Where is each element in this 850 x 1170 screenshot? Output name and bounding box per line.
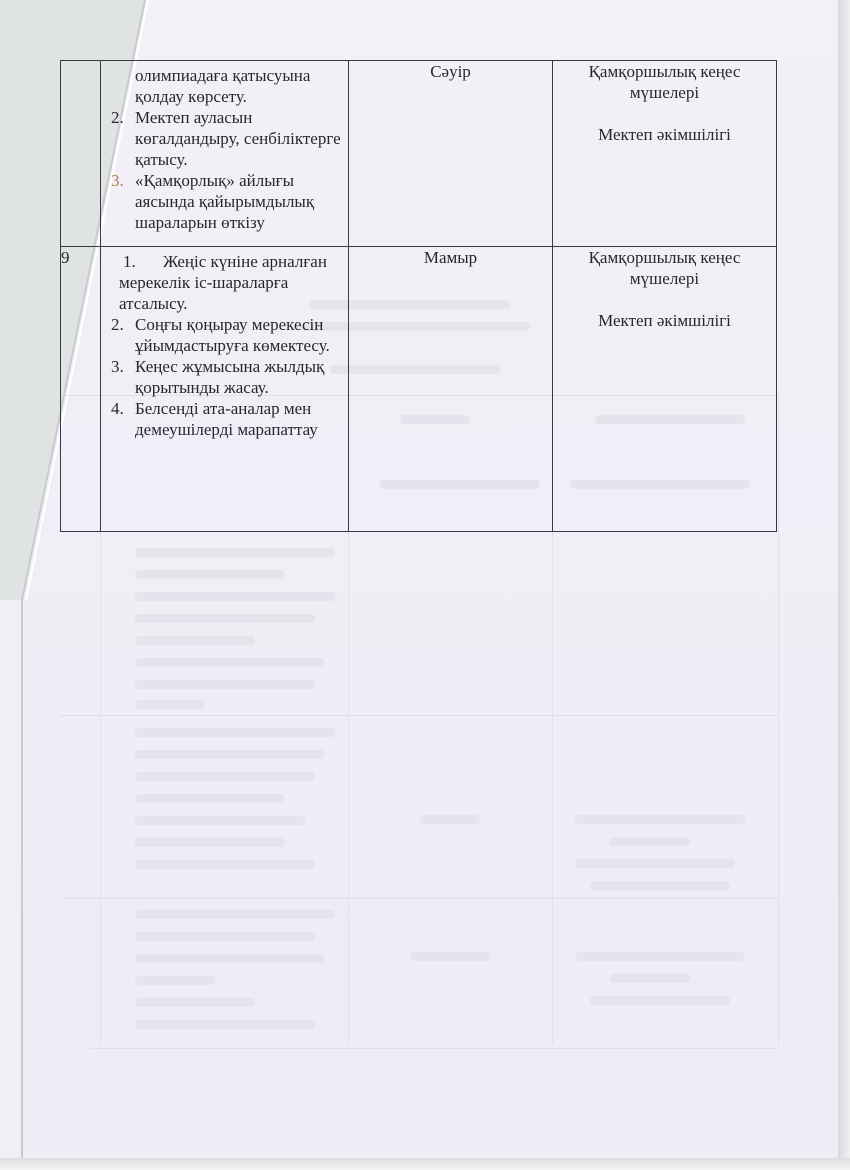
activity-continuation: олимпиадаға қатысуына қолдау көрсету. [101, 61, 348, 107]
list-item: 4. Белсенді ата-аналар мен демеушілерді … [111, 398, 344, 440]
list-item: 2. Соңғы қоңырау мерекесін ұйымдастыруға… [111, 314, 344, 356]
item-number: 3. [111, 170, 135, 233]
row-number [61, 61, 101, 247]
timing-cell: Мамыр [349, 247, 553, 532]
list-item: 3. «Қамқорлық» айлығы аясында қайырымдыл… [111, 170, 344, 233]
list-item: 1.Жеңіс күніне арналған мерекелік іс-шар… [111, 251, 344, 314]
responsible-line: Қамқоршылық кеңес мүшелері [553, 61, 776, 103]
item-text: Белсенді ата-аналар мен демеушілерді мар… [135, 398, 344, 440]
activities-cell: олимпиадаға қатысуына қолдау көрсету. 2.… [101, 61, 349, 247]
responsible-cell: Қамқоршылық кеңес мүшелері Мектеп әкімші… [553, 247, 777, 532]
item-text: 1.Жеңіс күніне арналған мерекелік іс-шар… [119, 251, 344, 314]
item-number: 3. [111, 356, 135, 398]
activity-list: 2. Мектеп ауласын көгалдандыру, сенбілік… [101, 107, 348, 233]
item-text: Кеңес жұмысына жылдық қорытынды жасау. [135, 356, 344, 398]
table-row: 9 1.Жеңіс күніне арналған мерекелік іс-ш… [61, 247, 777, 532]
item-number: 1. [119, 251, 163, 272]
item-text: «Қамқорлық» айлығы аясында қайырымдылық … [135, 170, 344, 233]
row-number: 9 [61, 247, 101, 532]
responsible-cell: Қамқоршылық кеңес мүшелері Мектеп әкімші… [553, 61, 777, 247]
item-text: Соңғы қоңырау мерекесін ұйымдастыруға кө… [135, 314, 344, 356]
page-bottom-edge [0, 1158, 850, 1170]
list-item: 2. Мектеп ауласын көгалдандыру, сенбілік… [111, 107, 344, 170]
timing-cell: Сәуір [349, 61, 553, 247]
item-text: Мектеп ауласын көгалдандыру, сенбіліктер… [135, 107, 344, 170]
responsible-line: Мектеп әкімшілігі [553, 124, 776, 145]
page-right-edge [838, 0, 850, 1170]
list-item: 3. Кеңес жұмысына жылдық қорытынды жасау… [111, 356, 344, 398]
activity-plan-table: олимпиадаға қатысуына қолдау көрсету. 2.… [60, 60, 777, 532]
activities-cell: 1.Жеңіс күніне арналған мерекелік іс-шар… [101, 247, 349, 532]
item-number: 2. [111, 314, 135, 356]
activity-list: 1.Жеңіс күніне арналған мерекелік іс-шар… [101, 247, 348, 440]
item-number: 4. [111, 398, 135, 440]
table-row: олимпиадаға қатысуына қолдау көрсету. 2.… [61, 61, 777, 247]
responsible-line: Қамқоршылық кеңес мүшелері [553, 247, 776, 289]
item-number: 2. [111, 107, 135, 170]
responsible-line: Мектеп әкімшілігі [553, 310, 776, 331]
